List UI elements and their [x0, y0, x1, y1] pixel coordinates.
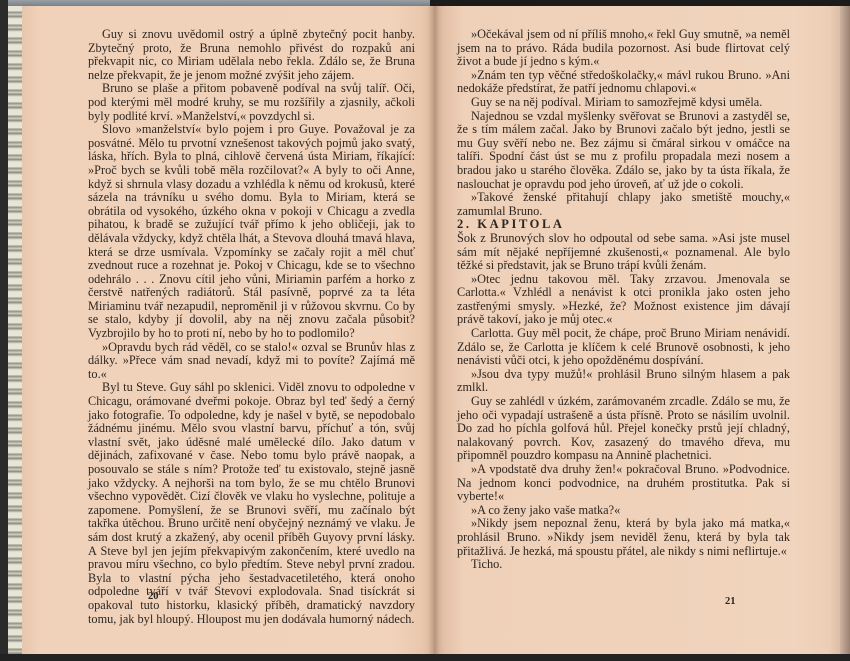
paragraph: »A vpodstatě dva druhy žen!« pokračoval …	[457, 463, 790, 504]
paragraph: Najednou se vzdal myšlenky svěřovat se B…	[457, 110, 790, 192]
paragraph: »Jsou dva typy mužů!« prohlásil Bruno si…	[457, 368, 790, 395]
paragraph: Guy se zahlédl v úzkém, zarámovaném zrca…	[457, 395, 790, 463]
paragraph: Slovo »manželství« bylo pojem i pro Guye…	[88, 123, 415, 341]
paragraph: Bruno se plaše a přitom pobaveně podíval…	[88, 82, 415, 123]
paragraph: Ticho.	[457, 558, 790, 572]
page-number: 20	[148, 591, 159, 602]
paragraph: »Takové ženské přitahují chlapy jako sme…	[457, 191, 790, 218]
background-bottom	[0, 654, 850, 661]
right-page-text: »Očekával jsem od ní příliš mnoho,« řekl…	[457, 28, 790, 572]
paragraph: Guy se na něj podíval. Miriam to samozře…	[457, 96, 790, 110]
left-page: Guy si znovu uvědomil ostrý a úplně zbyt…	[22, 6, 434, 654]
book-gutter	[428, 6, 440, 654]
right-page: »Očekával jsem od ní příliš mnoho,« řekl…	[434, 6, 840, 654]
paragraph: Carlotta. Guy měl pocit, že chápe, proč …	[457, 327, 790, 368]
paragraph: »Otec jednu takovou měl. Taky zrzavou. J…	[457, 273, 790, 327]
paragraph: Byl tu Steve. Guy sáhl po sklenici. Vidě…	[88, 381, 415, 626]
book-page-edges	[8, 6, 23, 656]
left-page-text: Guy si znovu uvědomil ostrý a úplně zbyt…	[88, 28, 415, 626]
page-number: 21	[725, 596, 736, 607]
background-left	[0, 0, 8, 661]
chapter-heading: 2. KAPITOLA	[457, 218, 790, 232]
paragraph: »Opravdu bych rád věděl, co se stalo!« o…	[88, 341, 415, 382]
right-page-edge	[840, 6, 850, 654]
paragraph: »A co ženy jako vaše matka?«	[457, 504, 790, 518]
paragraph: Šok z Brunových slov ho odpoutal od sebe…	[457, 232, 790, 273]
paragraph: Guy si znovu uvědomil ostrý a úplně zbyt…	[88, 28, 415, 82]
paragraph: »Znám ten typ věčné středoškolačky,« máv…	[457, 69, 790, 96]
paragraph: »Nikdy jsem nepoznal ženu, která by byla…	[457, 517, 790, 558]
paragraph: »Očekával jsem od ní příliš mnoho,« řekl…	[457, 28, 790, 69]
